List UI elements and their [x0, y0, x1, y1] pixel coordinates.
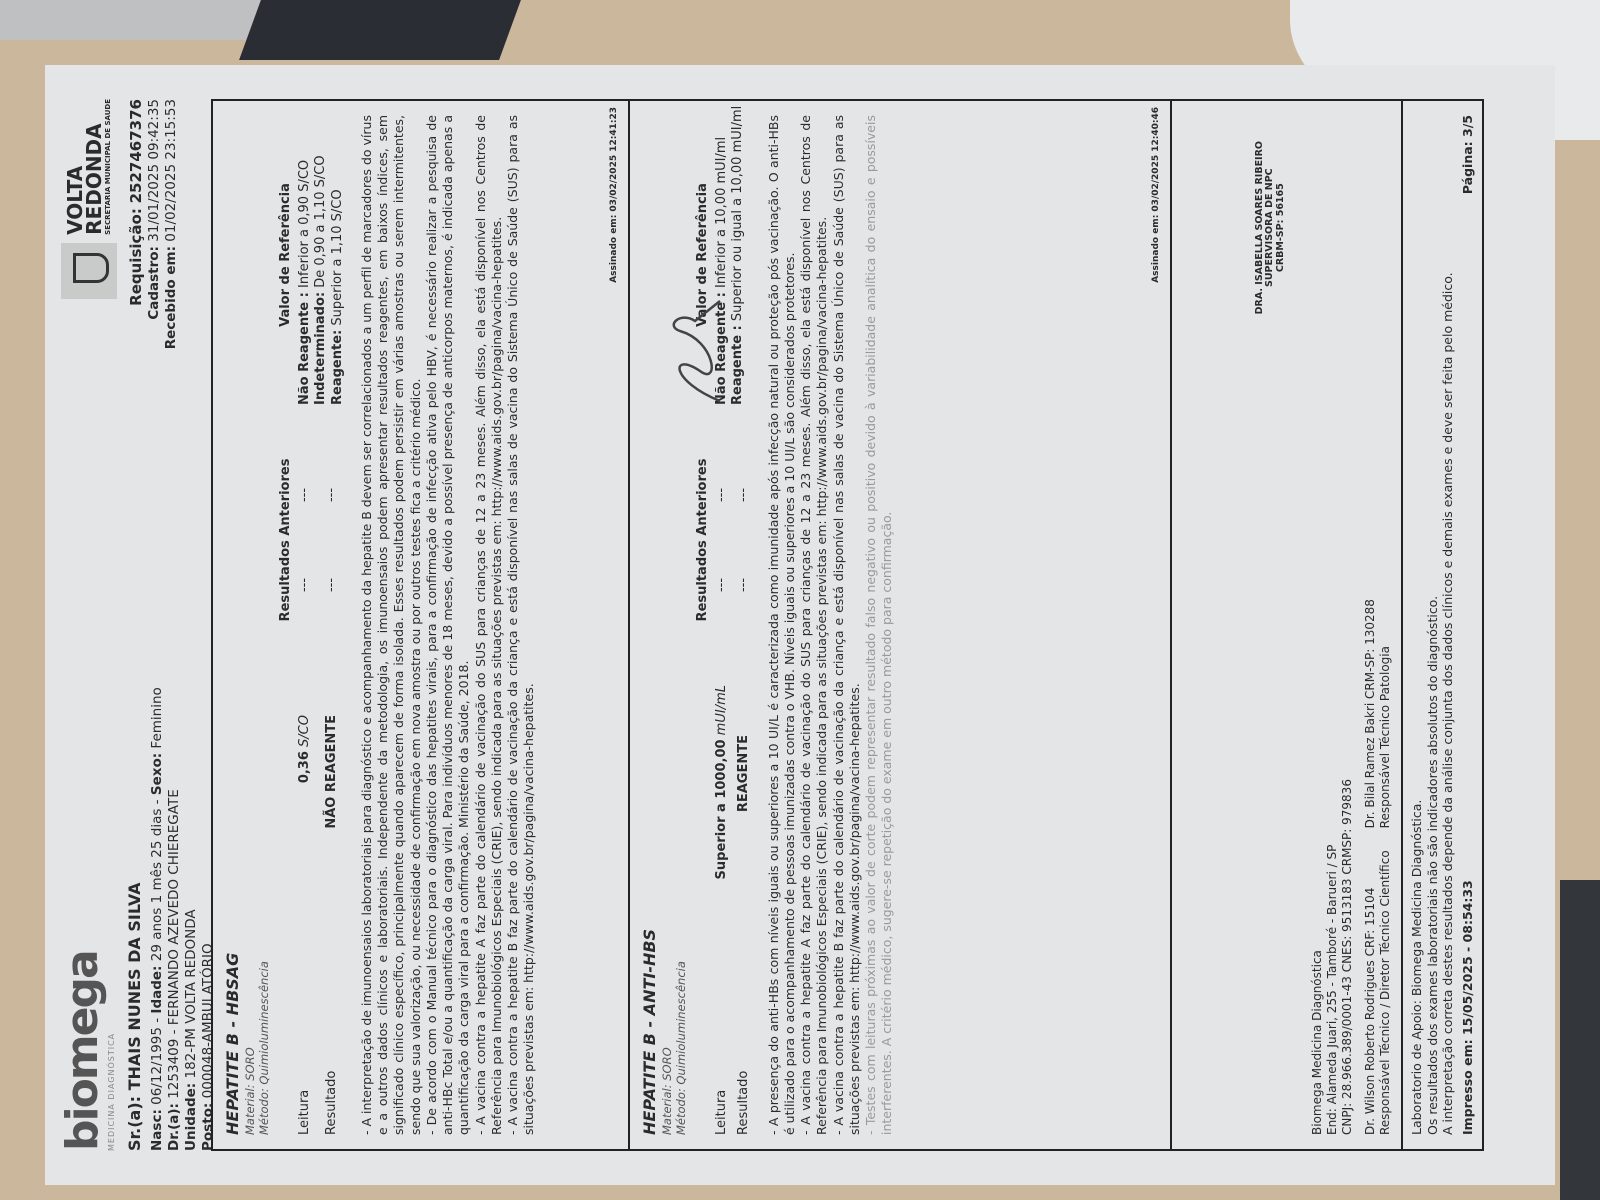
- signed-timestamp: Assinado em: 03/02/2025 12:41:23: [609, 107, 620, 283]
- material-label: Material:: [660, 1084, 674, 1135]
- age-label: Idade:: [149, 966, 165, 1014]
- previous-result: ---: [297, 540, 313, 630]
- patient-name-label: Sr.(a):: [125, 1096, 144, 1151]
- responsible-2: Dr. Bilal Ramez Bakri CRM-SP: 130288: [1363, 599, 1378, 828]
- ref-text: Superior a 1,10 S/CO: [330, 189, 345, 325]
- birth-date: 06/12/1995: [149, 1027, 165, 1105]
- ref-label: Não Reagente :: [297, 292, 312, 405]
- gov-line2: REDONDA: [85, 99, 104, 235]
- volta-redonda-logo: VOLTA REDONDA SECRETARIA MUNICIPAL DE SA…: [61, 99, 117, 349]
- result-label: Resultado: [733, 975, 755, 1135]
- exam-title: HEPATITE B - HBSAG: [223, 115, 243, 1135]
- note-paragraph: - Testes com leituras próximas ao valor …: [863, 115, 896, 1135]
- patient-info: Sr.(a): THAIS NUNES DA SILVA Nasc: 06/12…: [125, 687, 217, 1151]
- patient-name: THAIS NUNES DA SILVA: [125, 882, 144, 1090]
- doctor-label: Dr.(a):: [166, 1103, 182, 1151]
- biomega-logo: biomega: [61, 687, 105, 1151]
- exam-notes: - A interpretação de imunoensaios labora…: [359, 115, 538, 1135]
- result-value: NÃO REAGENTE: [321, 675, 348, 975]
- previous-result: ---: [324, 540, 340, 630]
- previous-result: ---: [714, 540, 730, 630]
- unit: 182-PM VOLTA REDONDA: [183, 909, 199, 1078]
- method-label: Método:: [257, 1088, 271, 1135]
- material: SORO: [243, 1047, 257, 1080]
- received-date: 01/02/2025 23:15:53: [163, 99, 179, 242]
- background-object: [1560, 880, 1600, 1200]
- lab-address: End: Alameda Juari, 255 - Tamboré - Baru…: [1325, 115, 1340, 1135]
- city-crest-icon: [61, 243, 117, 299]
- printed-label: Impresso em:: [1460, 1039, 1475, 1135]
- result-label: Resultado: [321, 975, 348, 1135]
- support-lab: Laboratorio de Apoio: Biomega Medicina D…: [1409, 115, 1425, 1135]
- material-label: Material:: [243, 1084, 257, 1135]
- note-paragraph: - A presença do anti-HBs com níveis igua…: [766, 115, 799, 1135]
- lab-report-page: biomega MEDICINA DIAGNÓSTICA Sr.(a): THA…: [45, 65, 1555, 1185]
- result-value: REAGENTE: [733, 675, 755, 975]
- method: Quimioluminescência: [257, 961, 271, 1084]
- reference-header: Valor de Referência: [278, 105, 294, 405]
- requisition-number: 2527467376: [127, 99, 145, 203]
- lab-info: Biomega Medicina Diagnóstica End: Alamed…: [1302, 99, 1403, 1151]
- ref-text: De 0,90 a 1,10 S/CO: [313, 155, 328, 287]
- exam-notes: - A presença do anti-HBs com níveis igua…: [766, 115, 896, 1135]
- previous-results-header: Resultados Anteriores: [278, 405, 294, 675]
- birth-label: Nasc:: [149, 1109, 165, 1151]
- lab-name: Biomega Medicina Diagnóstica: [1310, 115, 1325, 1135]
- requisition-label: Requisição:: [127, 208, 145, 306]
- result-table: Resultados Anteriores Valor de Referênci…: [695, 115, 756, 1135]
- note-paragraph: - De acordo com o Manual técnico para o …: [424, 115, 473, 1135]
- signatory-role: SUPERVISORA DE NPC: [1265, 141, 1275, 314]
- responsible-2-role: Responsável Técnico Patologia: [1378, 599, 1393, 828]
- signatory-block: DRA. ISABELLA SOARES RIBEIRO SUPERVISORA…: [1170, 99, 1302, 1151]
- printed-timestamp: 15/05/2025 - 08:54:33: [1460, 880, 1475, 1035]
- previous-result: ---: [297, 450, 313, 540]
- previous-result: ---: [736, 450, 752, 540]
- note-paragraph: - A vacina contra a hepatite B faz parte…: [831, 115, 864, 1135]
- registration-label: Cadastro:: [146, 246, 162, 320]
- note-paragraph: - A vacina contra a hepatite A faz parte…: [473, 115, 506, 1135]
- responsible-1-role: Responsável Técnico / Diretor Técnico Ci…: [1378, 850, 1393, 1135]
- report-header: biomega MEDICINA DIAGNÓSTICA Sr.(a): THA…: [61, 99, 211, 1151]
- sex-label: Sexo:: [149, 753, 165, 795]
- ref-text: Inferior a 10,00 mUI/ml: [714, 137, 729, 288]
- received-label: Recebido em:: [163, 246, 179, 349]
- ref-label: Reagente:: [330, 330, 345, 405]
- ref-text: Inferior a 0,90 S/CO: [297, 160, 312, 288]
- background-object: [239, 0, 521, 60]
- reading-value: 0,36: [297, 751, 312, 783]
- disclaimer: Os resultados dos exames laboratoriais n…: [1425, 115, 1441, 1135]
- page-label: Página:: [1460, 141, 1475, 194]
- sex: Feminino: [149, 687, 165, 748]
- report-footer: Laboratorio de Apoio: Biomega Medicina D…: [1403, 99, 1484, 1151]
- reading-value: Superior a 1000,00: [714, 739, 729, 879]
- note-paragraph: - A vacina contra a hepatite B faz parte…: [505, 115, 538, 1135]
- exam-anti-hbs: HEPATITE B - ANTI-HBS Material: SORO Mét…: [628, 99, 1170, 1151]
- previous-result: ---: [736, 540, 752, 630]
- signatory-registration: CRBM-SP: 56165: [1276, 141, 1286, 314]
- handwritten-signature: [660, 291, 735, 411]
- signed-timestamp: Assinado em: 03/02/2025 12:40:46: [1151, 107, 1162, 283]
- reading-unit: S/CO: [297, 715, 312, 747]
- brand-tagline: MEDICINA DIAGNÓSTICA: [107, 687, 117, 1151]
- material: SORO: [660, 1047, 674, 1080]
- disclaimer: A interpretação correta destes resultado…: [1440, 115, 1456, 1135]
- reading-label: Leitura: [294, 975, 321, 1135]
- unit-label: Unidade:: [183, 1083, 199, 1151]
- doctor: 1253409 - FERNANDO AZEVEDO CHIEREGATE: [166, 789, 182, 1099]
- lab-ids: CNPJ: 28.966.389/0001-43 CNES: 9513183 C…: [1340, 115, 1355, 1135]
- ref-text: Superior ou igual a 10,00 mUI/ml: [730, 106, 745, 321]
- note-paragraph: - A interpretação de imunoensaios labora…: [359, 115, 424, 1135]
- age: 29 anos 1 mês 25 dias: [149, 809, 165, 962]
- gov-sub: SECRETARIA MUNICIPAL DE SAUDE: [104, 99, 113, 235]
- registration-date: 31/01/2025 09:42:35: [146, 99, 162, 242]
- method-label: Método:: [674, 1088, 688, 1135]
- method: Quimioluminescência: [674, 961, 688, 1084]
- previous-result: ---: [324, 450, 340, 540]
- responsible-1: Dr. Wilson Roberto Rodrigues CRF: 15104: [1363, 850, 1378, 1135]
- ref-label: Indeterminado:: [313, 292, 328, 405]
- note-paragraph: - A vacina contra a hepatite A faz parte…: [798, 115, 831, 1135]
- result-table: Resultados Anteriores Valor de Referênci…: [278, 115, 349, 1135]
- reading-unit: mUI/mL: [714, 685, 729, 735]
- exam-title: HEPATITE B - ANTI-HBS: [640, 115, 660, 1135]
- previous-result: ---: [714, 450, 730, 540]
- previous-results-header: Resultados Anteriores: [695, 405, 711, 675]
- exam-hbsag: HEPATITE B - HBSAG Material: SORO Método…: [211, 99, 628, 1151]
- page-number: 3/5: [1460, 115, 1475, 137]
- reading-label: Leitura: [711, 975, 733, 1135]
